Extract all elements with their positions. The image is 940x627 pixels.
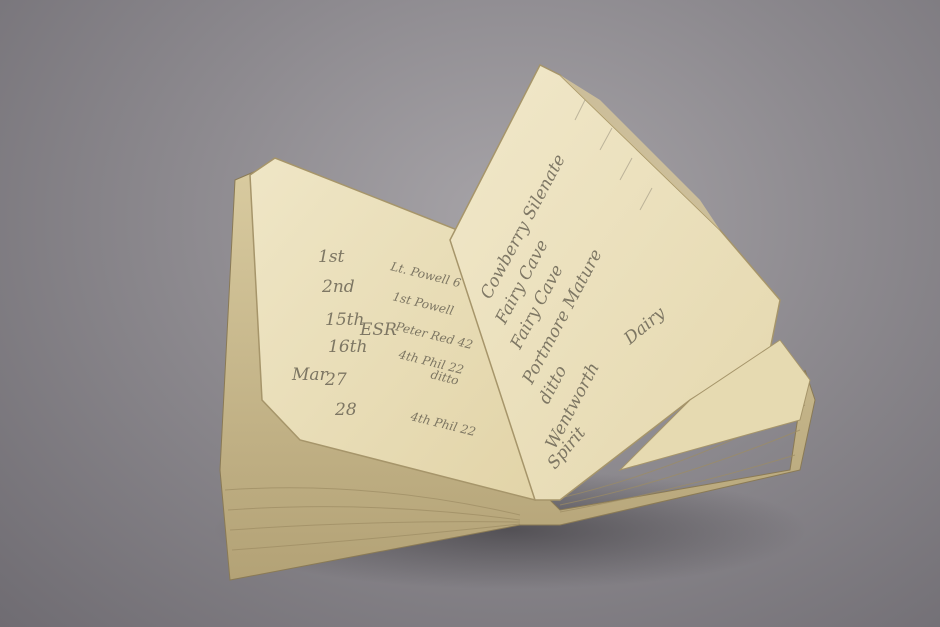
entry-date: 28: [334, 400, 357, 420]
notebook-illustration: 1st 2nd 15th 16th ESR 27 28 Mar Lt. Powe…: [0, 0, 940, 627]
margin-note: Mar: [291, 365, 329, 385]
entry-date: 2nd: [321, 277, 355, 297]
entry-code: ESR: [359, 320, 397, 340]
entry-date: 1st: [318, 247, 345, 267]
photo-scene: 1st 2nd 15th 16th ESR 27 28 Mar Lt. Powe…: [0, 0, 940, 627]
entry-date: 15th: [325, 310, 364, 330]
entry-date: 16th: [328, 337, 367, 357]
